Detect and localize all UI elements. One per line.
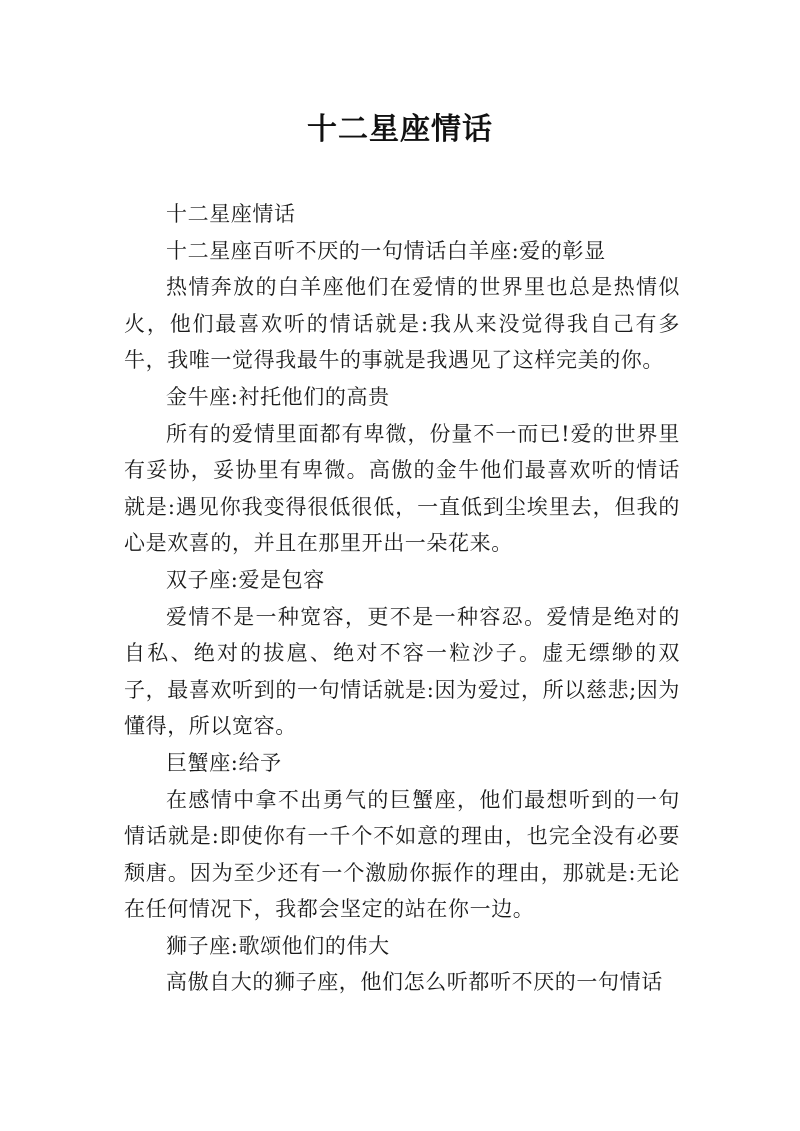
paragraph-cancer: 在感情中拿不出勇气的巨蟹座，他们最想听到的一句情话就是:即使你有一千个不如意的理… [124,782,680,928]
section-heading-gemini: 双子座:爱是包容 [124,562,680,599]
paragraph-gemini: 爱情不是一种宽容，更不是一种容忍。爱情是绝对的自私、绝对的拔扈、绝对不容一粒沙子… [124,599,680,745]
document-title: 十二星座情话 [0,108,800,152]
section-heading-cancer: 巨蟹座:给予 [124,745,680,782]
section-heading-intro: 十二星座情话 [124,196,680,233]
paragraph-leo: 高傲自大的狮子座，他们怎么听都听不厌的一句情话 [124,964,680,1001]
section-heading-taurus: 金牛座:衬托他们的高贵 [124,379,680,416]
document-body: 十二星座情话 十二星座百听不厌的一句情话白羊座:爱的彰显 热情奔放的白羊座他们在… [124,196,680,1001]
section-heading-aries: 十二星座百听不厌的一句情话白羊座:爱的彰显 [124,233,680,270]
paragraph-aries: 热情奔放的白羊座他们在爱情的世界里也总是热情似火，他们最喜欢听的情话就是:我从来… [124,269,680,379]
paragraph-taurus: 所有的爱情里面都有卑微，份量不一而已!爱的世界里有妥协，妥协里有卑微。高傲的金牛… [124,416,680,562]
document-page: 十二星座情话 十二星座情话 十二星座百听不厌的一句情话白羊座:爱的彰显 热情奔放… [0,0,800,1131]
section-heading-leo: 狮子座:歌颂他们的伟大 [124,928,680,965]
